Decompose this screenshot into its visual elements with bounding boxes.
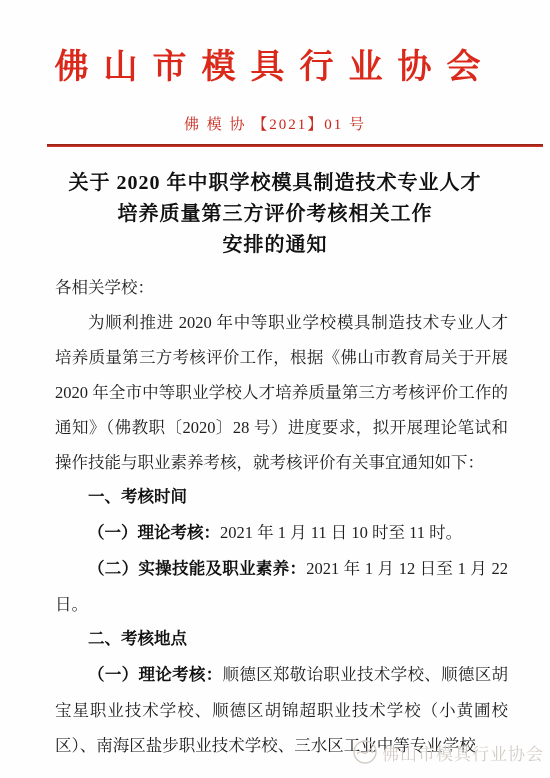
section-heading-exam-location: 二、考核地点 (55, 622, 508, 657)
intro-paragraph: 为顺利推进 2020 年中等职业学校模具制造技术专业人才培养质量第三方考核评价工… (55, 305, 508, 480)
section-heading-exam-time: 一、考核时间 (55, 480, 508, 515)
notice-title-line-3: 安排的通知 (0, 230, 550, 261)
item-text: 2021 年 1 月 11 日 10 时至 11 时。 (220, 523, 462, 542)
item-label: （一）理论考核： (88, 666, 223, 684)
association-logo-icon (352, 739, 378, 765)
item-label: （二）实操技能及职业素养： (88, 560, 306, 578)
organization-name: 佛山市模具行业协会 (0, 46, 550, 90)
notice-title-line-2: 培养质量第三方评价考核相关工作 (0, 199, 550, 230)
watermark-text: 佛山市模具行业协会 (382, 740, 544, 765)
letterhead-divider (47, 144, 543, 147)
notice-title-line-1: 关于 2020 年中职学校模具制造技术专业人才 (0, 168, 550, 199)
salutation: 各相关学校： (55, 270, 508, 305)
notice-title: 关于 2020 年中职学校模具制造技术专业人才 培养质量第三方评价考核相关工作 … (0, 168, 550, 261)
notice-document-page: 佛山市模具行业协会 佛 模 协 【2021】01 号 关于 2020 年中职学校… (0, 0, 550, 778)
document-number: 佛 模 协 【2021】01 号 (0, 115, 550, 135)
association-watermark: 佛山市模具行业协会 (352, 739, 544, 765)
letterhead: 佛山市模具行业协会 佛 模 协 【2021】01 号 (0, 0, 550, 147)
notice-body: 各相关学校： 为顺利推进 2020 年中等职业学校模具制造技术专业人才培养质量第… (55, 270, 508, 763)
exam-time-item-theory: （一）理论考核：2021 年 1 月 11 日 10 时至 11 时。 (55, 515, 508, 551)
exam-time-item-practical: （二）实操技能及职业素养：2021 年 1 月 12 日至 1 月 22 日。 (55, 551, 508, 622)
item-label: （一）理论考核： (88, 524, 220, 542)
